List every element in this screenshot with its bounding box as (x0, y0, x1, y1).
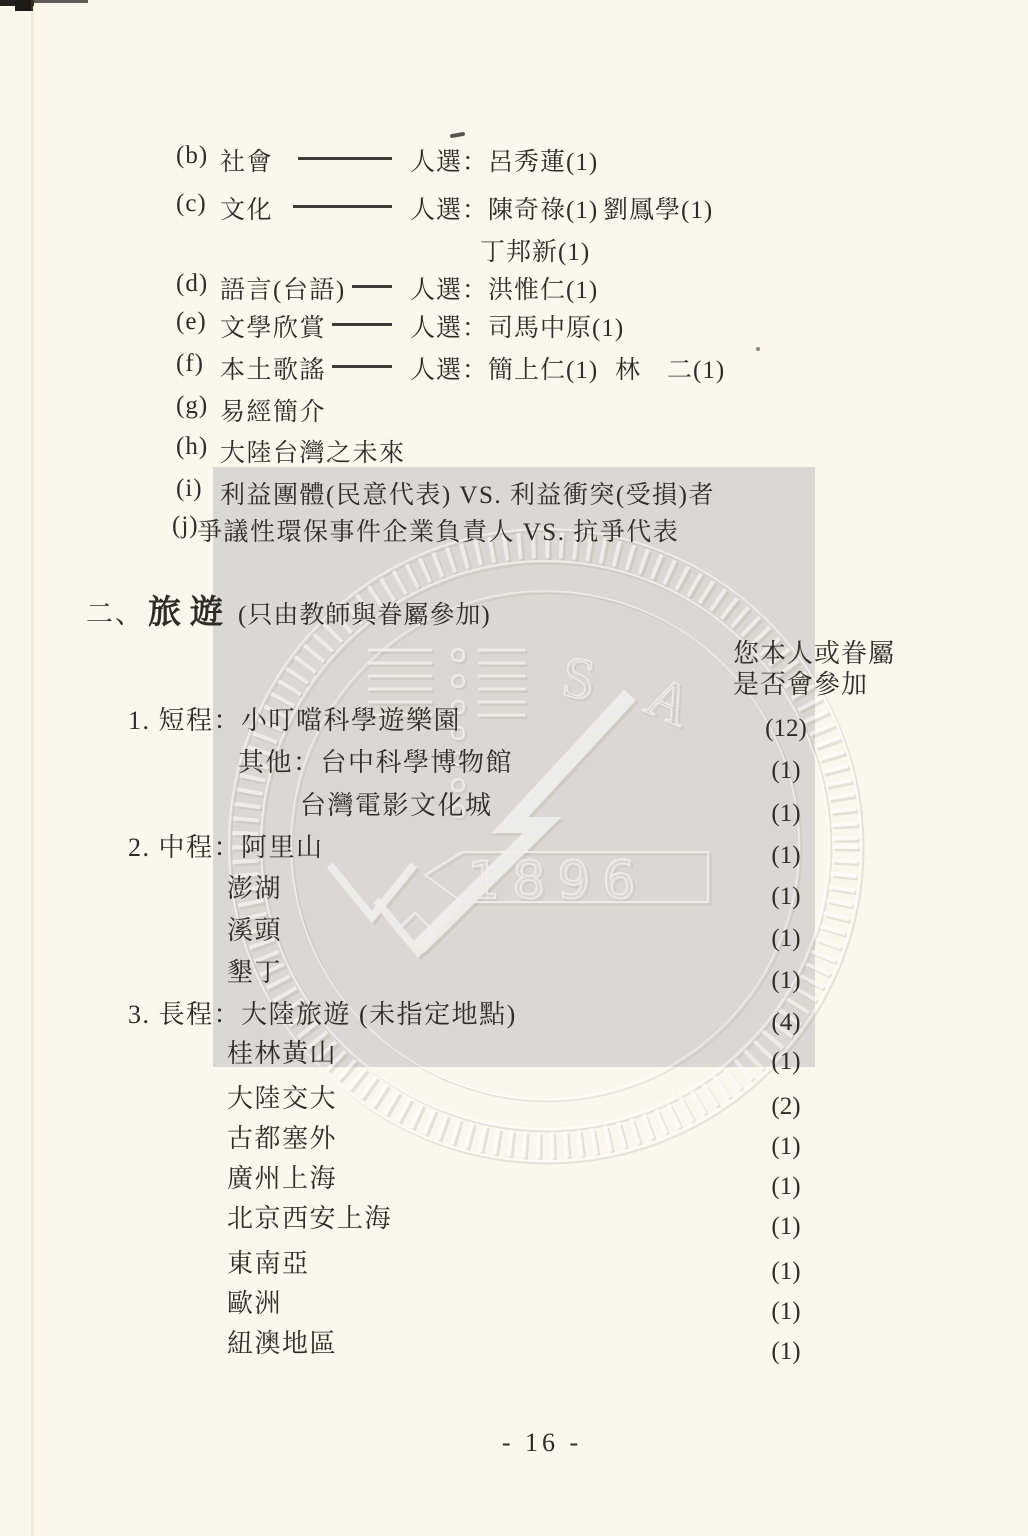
travel-row-count: (1) (745, 1173, 827, 1201)
travel-row: 1. 短程：小叮噹科學遊樂園 (12) (0, 700, 1028, 742)
travel-row: 溪頭 (1) (0, 910, 1028, 952)
travel-row-count: (1) (745, 925, 827, 953)
column-header-line2: 是否會參加 (733, 669, 895, 700)
topic-row: (h) 大陸台灣之未來 (0, 433, 1028, 469)
travel-row: 桂林黃山 (1) (0, 1033, 1028, 1075)
travel-row: 廣州上海 (1) (0, 1158, 1028, 1200)
travel-row-label: 北京西安上海 (227, 1198, 392, 1235)
travel-heading: 二、 旅遊 (只由教師與眷屬參加) (86, 586, 491, 633)
travel-row-label: 3. 長程：大陸旅遊 (未指定地點) (128, 994, 517, 1031)
travel-row-count: (1) (745, 1298, 827, 1326)
travel-row-label: 澎湖 (227, 868, 282, 905)
travel-row: 紐澳地區 (1) (0, 1323, 1028, 1365)
connector-line (352, 285, 392, 288)
travel-heading-title: 旅遊 (148, 586, 232, 633)
topic-title: 利益團體(民意代表) VS. 利益衝突(受損)者 (220, 475, 715, 511)
topic-person: 人選：陳奇祿(1) (410, 190, 598, 226)
topic-row: (g) 易經簡介 (0, 392, 1028, 428)
topic-row: (b) 社會 人選：呂秀蓮(1) (0, 142, 1028, 178)
topic-person: 人選：呂秀蓮(1) (410, 142, 598, 178)
topic-person-2: 劉鳳學(1) (603, 190, 713, 226)
connector-line (332, 365, 392, 368)
topic-title: 本土歌謠 (220, 350, 326, 386)
travel-row: 東南亞 (1) (0, 1243, 1028, 1285)
travel-row: 2. 中程：阿里山 (1) (0, 827, 1028, 869)
travel-row-count: (1) (745, 757, 827, 785)
travel-row-label: 古都塞外 (227, 1118, 337, 1155)
travel-row-label: 溪頭 (227, 910, 282, 947)
travel-row-label: 桂林黃山 (227, 1033, 337, 1070)
travel-heading-note: (只由教師與眷屬參加) (238, 595, 491, 631)
topic-person-2: 林 二(1) (615, 350, 725, 386)
travel-row: 墾丁 (1) (0, 952, 1028, 994)
topic-tag: (e) (176, 308, 207, 336)
travel-row-count: (1) (745, 1048, 827, 1076)
topic-tag: (i) (176, 475, 203, 503)
topic-tag: (g) (176, 392, 208, 420)
topic-row: (c) 文化 人選：陳奇祿(1) 劉鳳學(1) (0, 190, 1028, 226)
travel-row: 澎湖 (1) (0, 868, 1028, 910)
travel-row-label: 2. 中程：阿里山 (128, 827, 324, 864)
scan-speck (450, 132, 465, 139)
travel-row: 3. 長程：大陸旅遊 (未指定地點) (4) (0, 994, 1028, 1036)
topic-row: (i) 利益團體(民意代表) VS. 利益衝突(受損)者 (0, 475, 1028, 511)
travel-row-count: (1) (745, 967, 827, 995)
topic-row: (j) 爭議性環保事件企業負責人 VS. 抗爭代表 (0, 512, 1028, 548)
topic-person: 人選：司馬中原(1) (410, 308, 624, 344)
topic-title: 爭議性環保事件企業負責人 VS. 抗爭代表 (197, 512, 679, 548)
page-number: - 16 - (452, 1428, 632, 1458)
topic-row: (e) 文學欣賞 人選：司馬中原(1) (0, 308, 1028, 344)
travel-row-label: 墾丁 (227, 952, 282, 989)
column-header-line1: 您本人或眷屬 (733, 638, 895, 669)
travel-row-label: 台灣電影文化城 (300, 785, 493, 822)
topic-person: 人選：簡上仁(1) (410, 350, 598, 386)
travel-heading-index: 二、 (86, 592, 144, 631)
topic-tag: (c) (176, 190, 207, 218)
topic-tag: (b) (176, 142, 208, 170)
travel-row-count: (2) (745, 1093, 827, 1121)
topic-row: (f) 本土歌謠 人選：簡上仁(1) 林 二(1) (0, 350, 1028, 386)
connector-line (298, 157, 392, 160)
connector-line (293, 205, 392, 208)
travel-row-count: (1) (745, 1133, 827, 1161)
travel-row: 台灣電影文化城 (1) (0, 785, 1028, 827)
travel-row-label: 東南亞 (227, 1243, 310, 1280)
travel-row: 北京西安上海 (1) (0, 1198, 1028, 1240)
topic-person: 人選：洪惟仁(1) (410, 270, 598, 306)
topic-person-continuation: 丁邦新(1) (480, 232, 590, 268)
topic-tag: (f) (176, 350, 204, 378)
participation-column-header: 您本人或眷屬 是否會參加 (733, 638, 895, 700)
travel-row-label: 1. 短程：小叮噹科學遊樂園 (128, 700, 461, 737)
travel-row-label: 廣州上海 (227, 1158, 337, 1195)
topic-tag: (h) (176, 433, 208, 461)
travel-row-label: 歐洲 (227, 1283, 282, 1320)
travel-row: 大陸交大 (2) (0, 1078, 1028, 1120)
travel-row: 歐洲 (1) (0, 1283, 1028, 1325)
travel-row-count: (1) (745, 842, 827, 870)
topic-title: 語言(台語) (220, 270, 346, 306)
travel-row-label: 大陸交大 (227, 1078, 337, 1115)
travel-row-count: (1) (745, 1258, 827, 1286)
travel-row: 其他：台中科學博物館 (1) (0, 742, 1028, 784)
topic-title: 文學欣賞 (220, 308, 326, 344)
travel-row-count: (1) (745, 883, 827, 911)
travel-row-count: (1) (745, 1338, 827, 1366)
topic-title: 文化 (220, 190, 273, 226)
travel-row-count: (1) (745, 1213, 827, 1241)
travel-row-label: 其他：台中科學博物館 (238, 742, 513, 779)
travel-row-count: (12) (745, 715, 827, 743)
topic-title: 大陸台灣之未來 (220, 433, 406, 469)
topic-tag: (d) (176, 270, 208, 298)
connector-line (332, 323, 392, 326)
travel-row-count: (1) (745, 800, 827, 828)
topic-title: 易經簡介 (220, 392, 326, 428)
travel-row: 古都塞外 (1) (0, 1118, 1028, 1160)
document-page: SA1896 SA1896 (b) 社會 人選：呂秀蓮(1) (c) 文化 人選… (0, 0, 1028, 1536)
travel-row-label: 紐澳地區 (227, 1323, 337, 1360)
topic-tag: (j) (172, 512, 199, 540)
topic-row: (d) 語言(台語) 人選：洪惟仁(1) (0, 270, 1028, 306)
topic-title: 社會 (220, 142, 273, 178)
